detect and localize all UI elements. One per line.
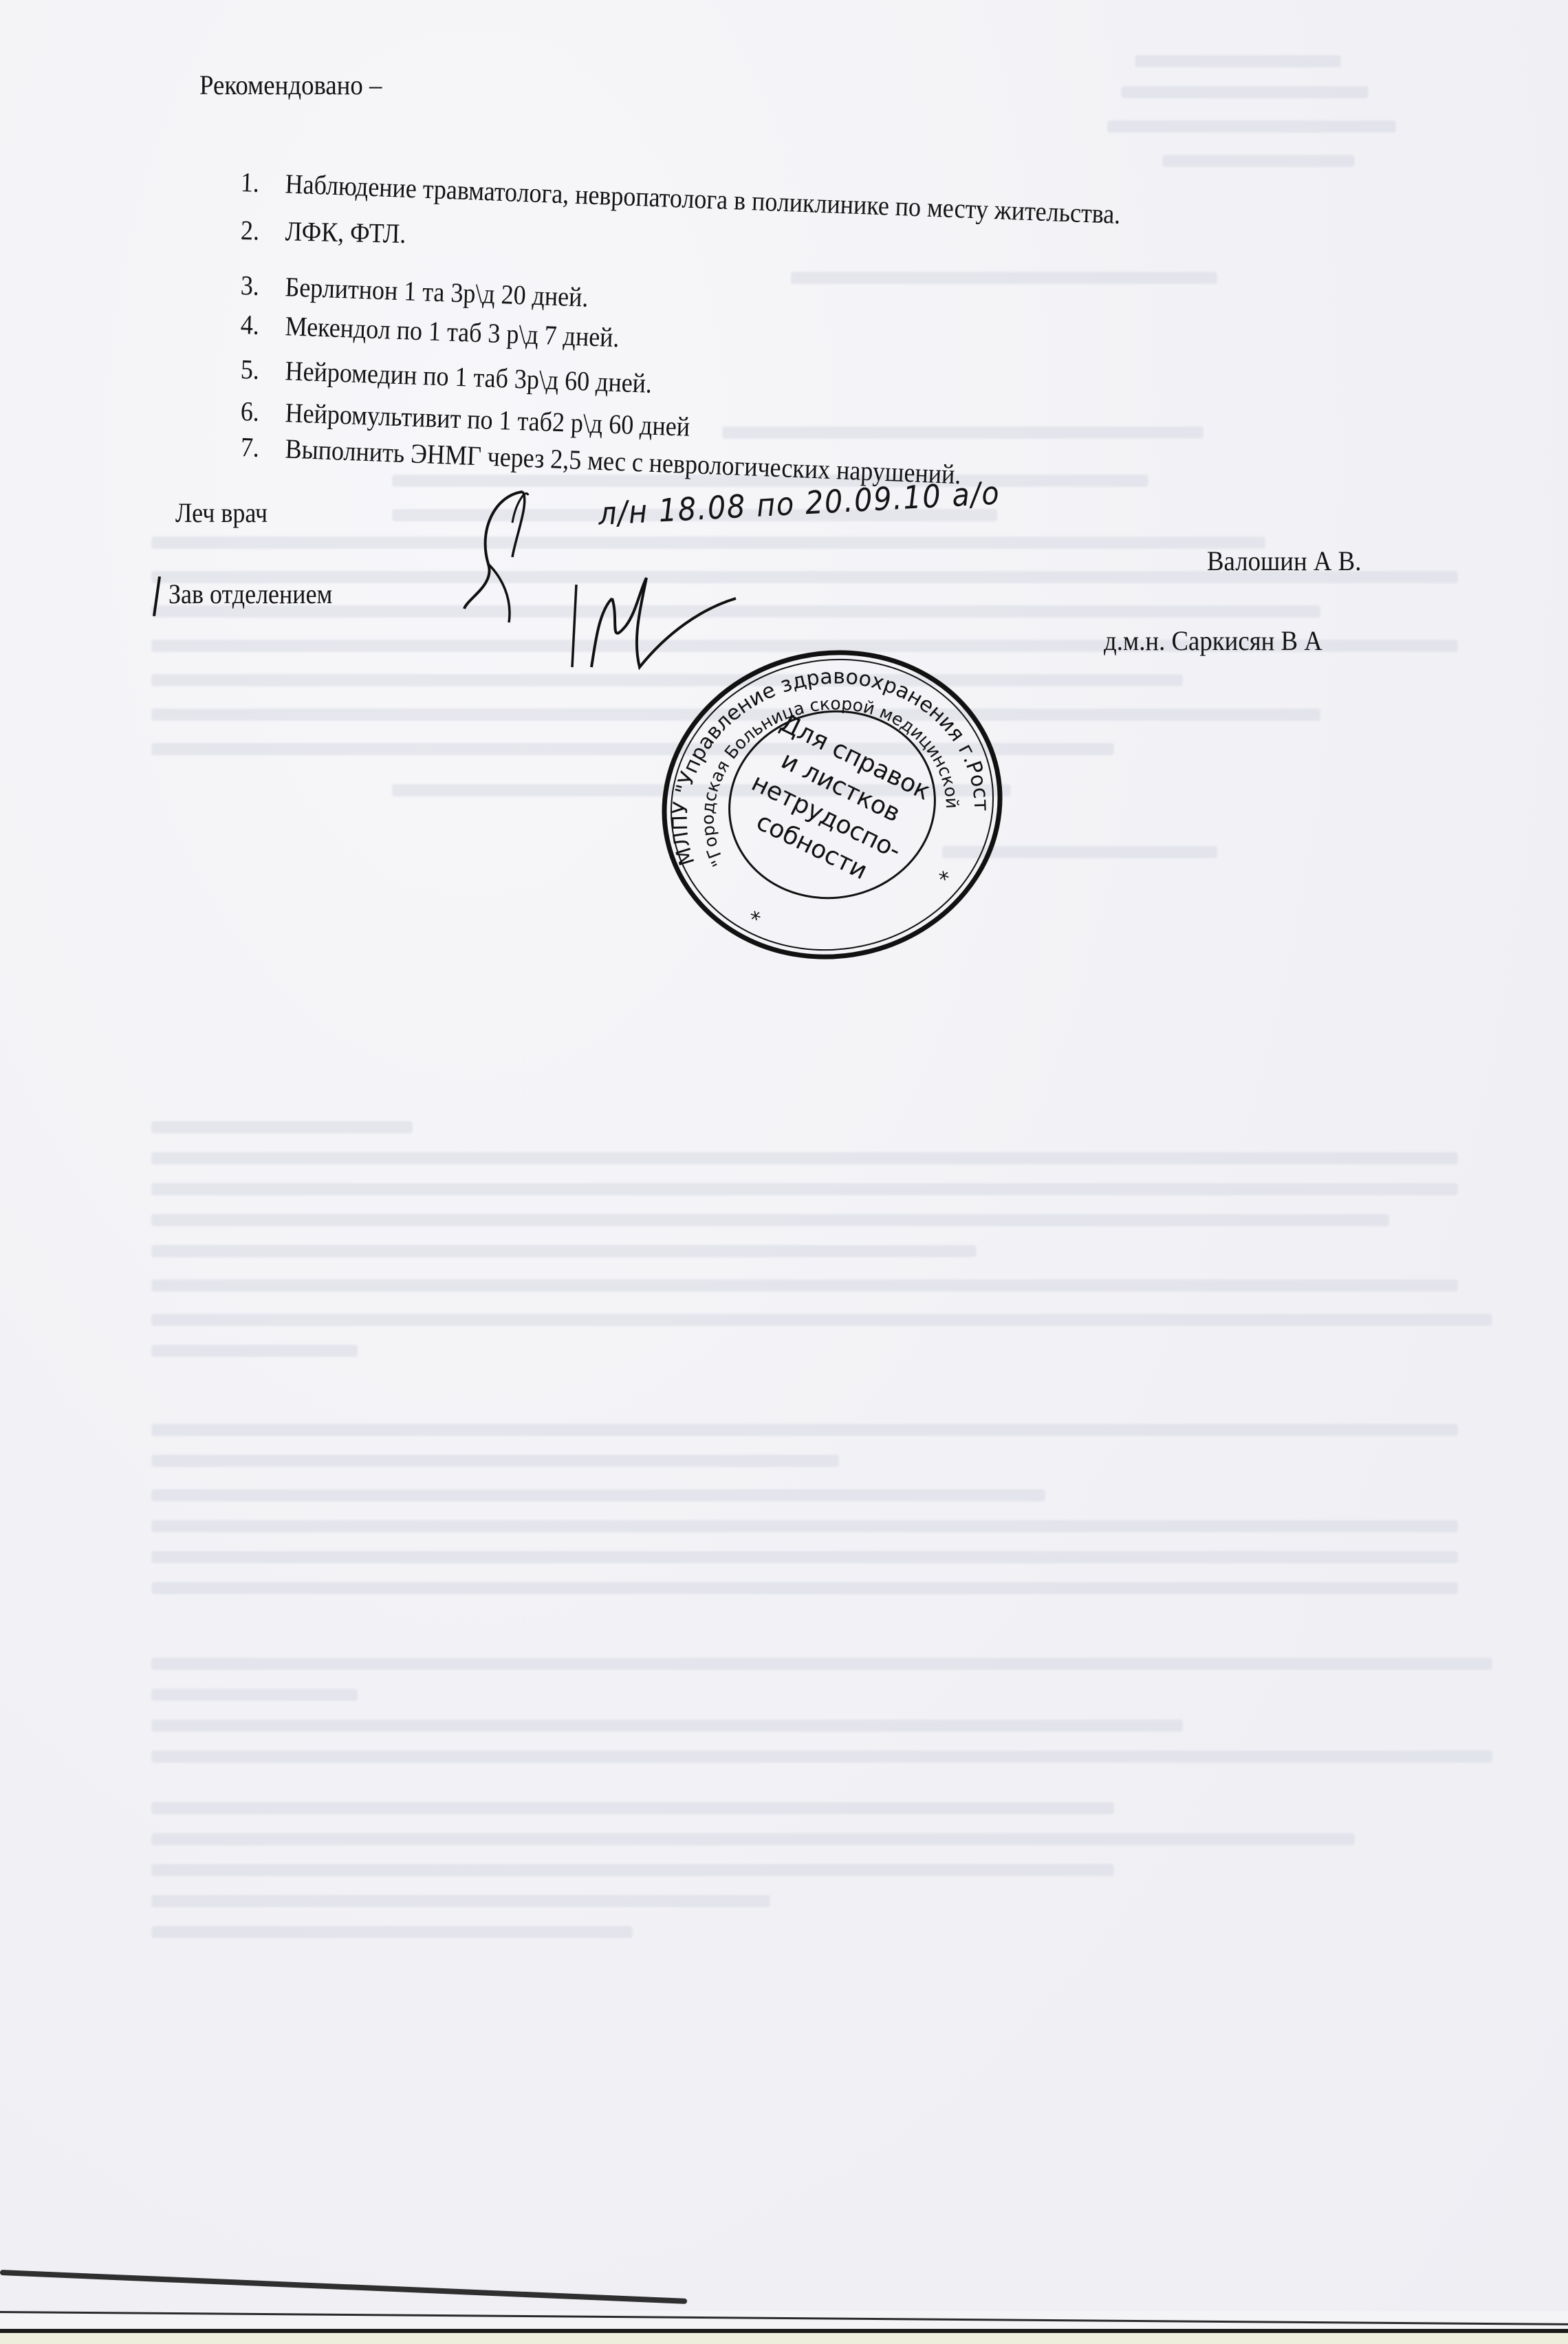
recommendation-item: 2.ЛФК, ФТЛ. (241, 217, 406, 248)
svg-text:*: * (749, 907, 764, 932)
recommendations-heading: Рекомендовано – (199, 69, 382, 101)
attending-physician-label: Леч врач (175, 497, 268, 529)
scan-page-edge-line (0, 2311, 1568, 2325)
document-page (0, 0, 1568, 2311)
attending-physician-name: Валошин А В. (1207, 545, 1361, 577)
institution-stamp: МЛПУ "Управление здравоохранения г.Росто… (640, 636, 1025, 973)
svg-text:*: * (937, 867, 952, 892)
scanner-bed-edge (0, 2329, 1568, 2344)
department-head-name: д.м.н. Саркисян В А (1104, 625, 1322, 657)
department-head-label: Зав отделением (168, 578, 332, 610)
